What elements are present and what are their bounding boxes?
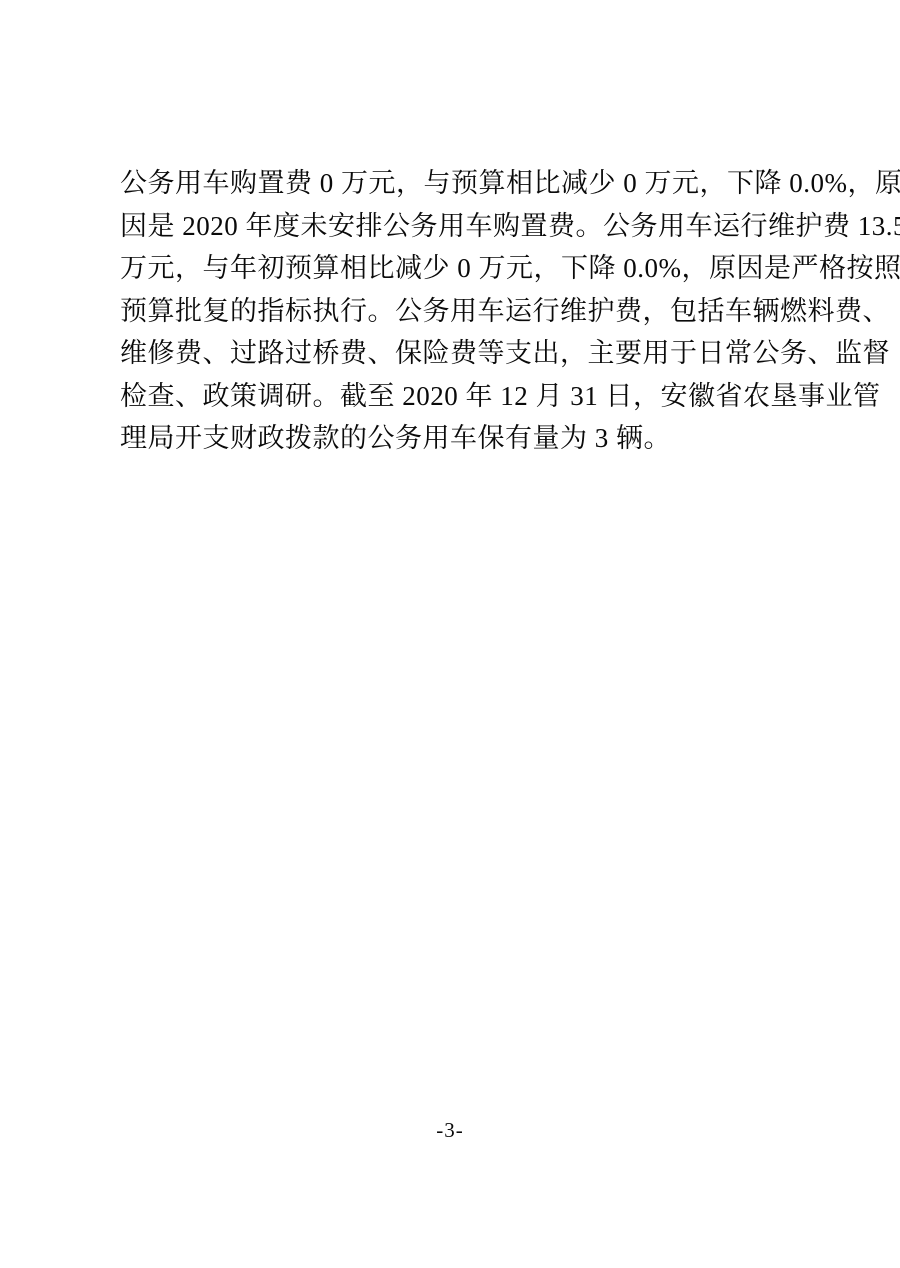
document-page: 公务用车购置费 0 万元，与预算相比减少 0 万元，下降 0.0%，原 因是 2… bbox=[0, 0, 900, 1268]
paragraph-line: 维修费、过路过桥费、保险费等支出，主要用于日常公务、监督 bbox=[120, 332, 786, 375]
paragraph-line: 因是 2020 年度未安排公务用车购置费。公务用车运行维护费 13.5 bbox=[120, 205, 786, 248]
paragraph-line: 检查、政策调研。截至 2020 年 12 月 31 日，安徽省农垦事业管 bbox=[120, 375, 786, 418]
page-footer: -3- bbox=[0, 1117, 900, 1143]
paragraph-line: 理局开支财政拨款的公务用车保有量为 3 辆。 bbox=[120, 417, 786, 460]
paragraph-line: 公务用车购置费 0 万元，与预算相比减少 0 万元，下降 0.0%，原 bbox=[120, 162, 786, 205]
body-paragraph: 公务用车购置费 0 万元，与预算相比减少 0 万元，下降 0.0%，原 因是 2… bbox=[120, 162, 786, 460]
paragraph-line: 预算批复的指标执行。公务用车运行维护费，包括车辆燃料费、 bbox=[120, 290, 786, 333]
paragraph-line: 万元，与年初预算相比减少 0 万元，下降 0.0%，原因是严格按照 bbox=[120, 247, 786, 290]
page-number: -3- bbox=[436, 1117, 464, 1143]
